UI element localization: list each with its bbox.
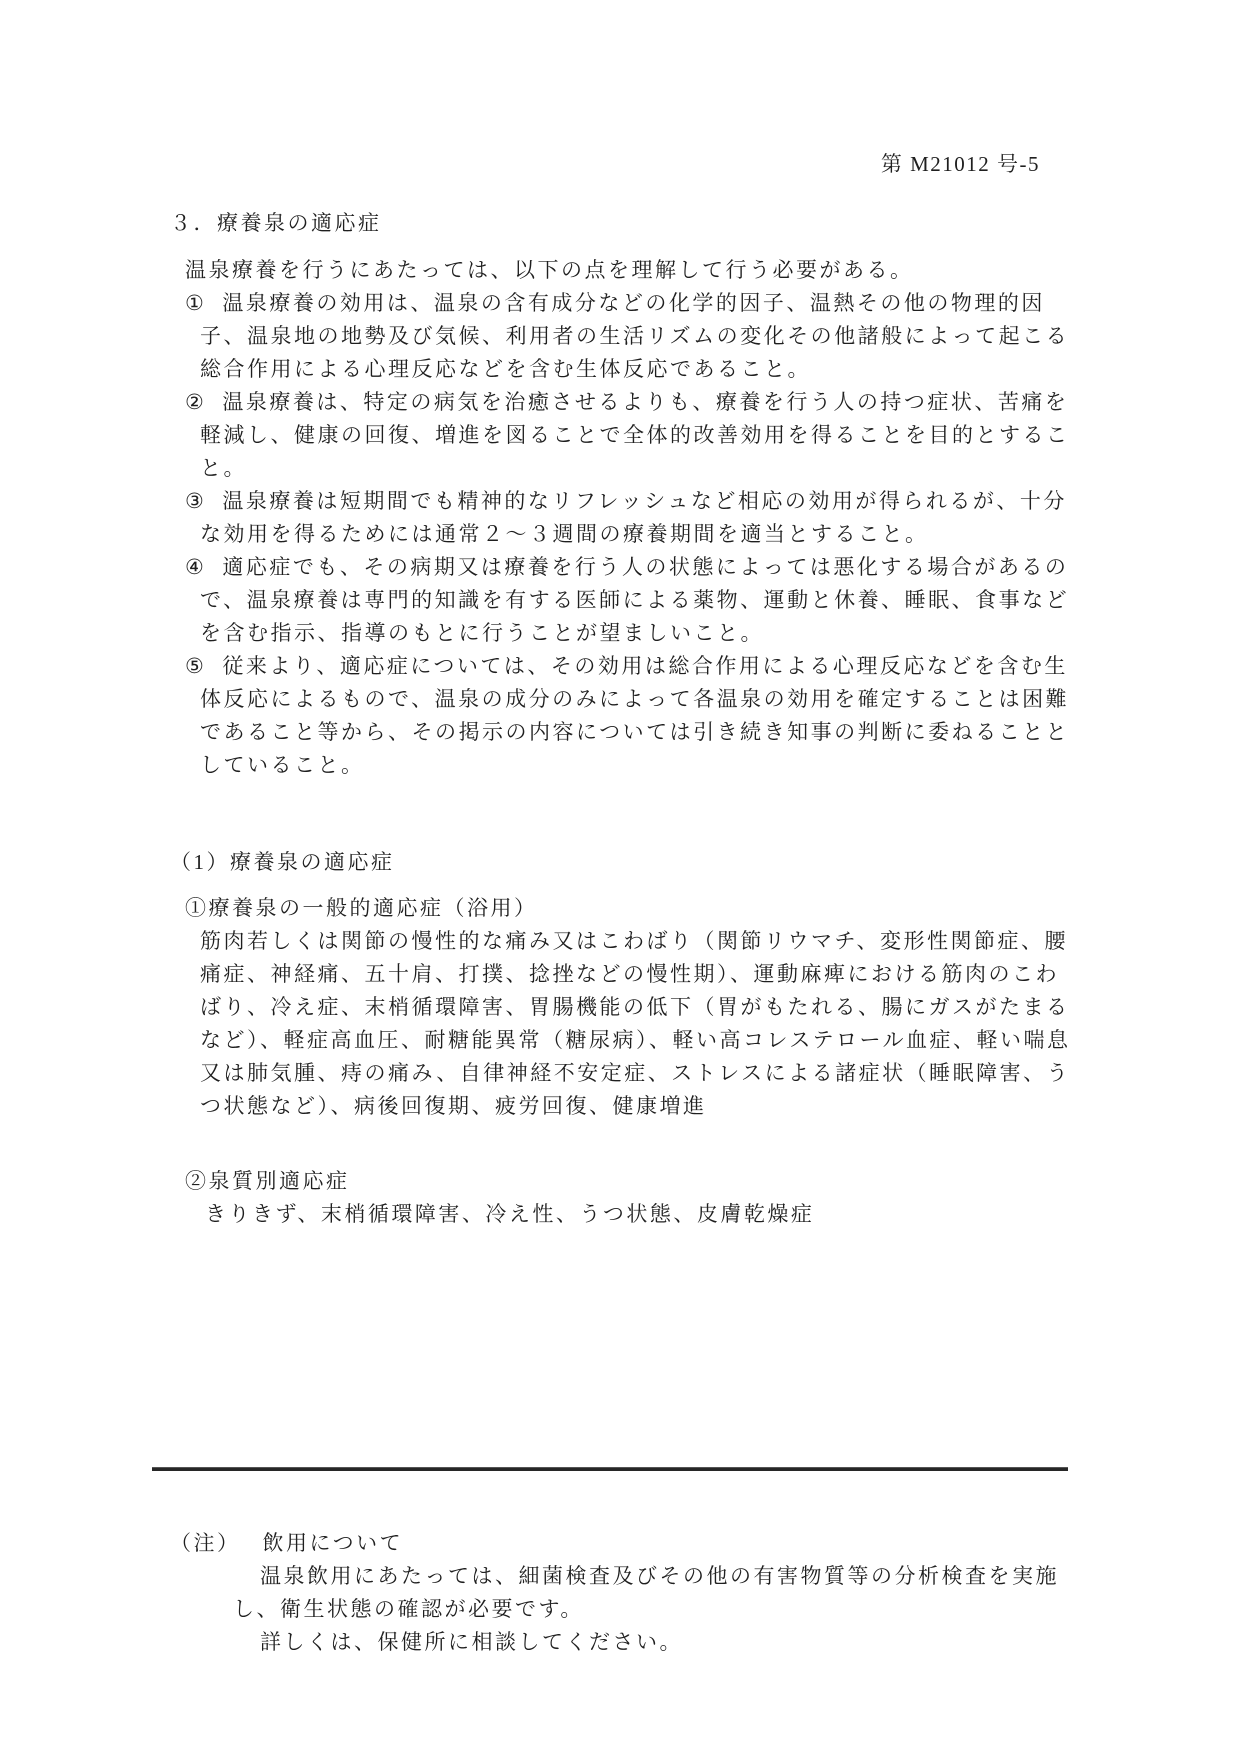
general-indications-body: 筋肉若しくは関節の慢性的な痛み又はこわばり（関節リウマチ、変形性関節症、腰痛症、…: [200, 925, 1082, 1123]
spring-type-indications-body: きりきず、末梢循環障害、冷え性、うつ状態、皮膚乾燥症: [205, 1198, 1085, 1231]
note-paragraph-1: 温泉飲用にあたっては、細菌検査及びその他の有害物質等の分析検査を実施し、衛生状態…: [233, 1560, 1095, 1626]
section-heading: （1）療養泉の適応症: [170, 846, 1240, 879]
page-title: ３．療養泉の適応症: [170, 207, 1240, 240]
note-heading: 飲用について: [263, 1531, 404, 1555]
item-marker: ③: [185, 489, 206, 513]
document-page: 第 M21012 号-5 ３．療養泉の適応症 温泉療養を行うにあたっては、以下の…: [0, 0, 1240, 1755]
numbered-item: ①温泉療養の効用は、温泉の含有成分などの化学的因子、温熱その他の物理的因子、温泉…: [185, 287, 1083, 386]
doc-number: 第 M21012 号-5: [0, 0, 1240, 181]
item-text: 従来より、適応症については、その効用は総合作用による心理反応などを含む生体反応に…: [200, 654, 1069, 777]
note-paragraph-2: 詳しくは、保健所に相談してください。: [233, 1626, 1095, 1659]
numbered-item: ②温泉療養は、特定の病気を治癒させるよりも、療養を行う人の持つ症状、苦痛を軽減し…: [185, 386, 1083, 485]
general-indications-heading: ①療養泉の一般的適応症（浴用）: [185, 892, 1240, 925]
footnote-divider-line: [152, 1467, 1068, 1471]
item-marker: ②: [185, 390, 206, 414]
spring-type-indications-heading: ②泉質別適応症: [185, 1165, 1240, 1198]
item-text: 適応症でも、その病期又は療養を行う人の状態によっては悪化する場合があるので、温泉…: [200, 555, 1069, 645]
numbered-item: ⑤従来より、適応症については、その効用は総合作用による心理反応などを含む生体反応…: [185, 650, 1083, 782]
intro-paragraph: 温泉療養を行うにあたっては、以下の点を理解して行う必要がある。: [185, 254, 1085, 287]
numbered-item: ③温泉療養は短期間でも精神的なリフレッシュなど相応の効用が得られるが、十分な効用…: [185, 485, 1083, 551]
item-text: 温泉療養の効用は、温泉の含有成分などの化学的因子、温熱その他の物理的因子、温泉地…: [200, 291, 1069, 381]
item-marker: ④: [185, 555, 206, 579]
item-marker: ⑤: [185, 654, 206, 678]
note-heading-row: （注）飲用について: [170, 1527, 1240, 1560]
numbered-item: ④適応症でも、その病期又は療養を行う人の状態によっては悪化する場合があるので、温…: [185, 551, 1083, 650]
item-marker: ①: [185, 291, 206, 315]
note-label: （注）: [170, 1531, 241, 1555]
numbered-item-list: ①温泉療養の効用は、温泉の含有成分などの化学的因子、温熱その他の物理的因子、温泉…: [185, 287, 1083, 782]
note-block: （注）飲用について 温泉飲用にあたっては、細菌検査及びその他の有害物質等の分析検…: [0, 1527, 1240, 1659]
item-text: 温泉療養は短期間でも精神的なリフレッシュなど相応の効用が得られるが、十分な効用を…: [200, 489, 1067, 546]
item-text: 温泉療養は、特定の病気を治癒させるよりも、療養を行う人の持つ症状、苦痛を軽減し、…: [200, 390, 1070, 480]
